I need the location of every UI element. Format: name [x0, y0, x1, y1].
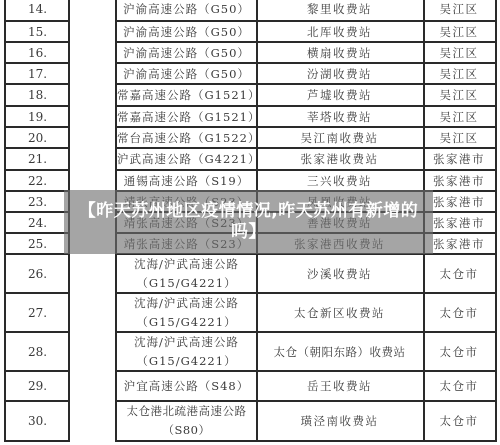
- headline-overlay: 【昨天苏州地区疫情情况,昨天苏州有新增的吗】: [64, 190, 433, 254]
- row-number: 27.: [4, 293, 70, 332]
- district-name: 太仓市: [423, 293, 497, 332]
- row-number: 30.: [4, 401, 70, 441]
- toll-station-name: 北厍收费站: [256, 21, 425, 42]
- highway-name: 常台高速公路（G1522）: [115, 127, 258, 148]
- toll-station-name: 张家港收费站: [256, 148, 425, 170]
- district-name: 吴江区: [423, 42, 497, 63]
- toll-station-name: 岳王收费站: [256, 371, 425, 401]
- district-name: 吴江区: [423, 127, 497, 148]
- row-number: 20.: [4, 127, 70, 148]
- row-number: 28.: [4, 332, 70, 371]
- toll-station-name: 太仓新区收费站: [256, 293, 425, 332]
- highway-name: 沪武高速公路（G4221）: [115, 148, 258, 170]
- table-row: 16. 沪渝高速公路（G50） 横扇收费站 吴江区: [0, 42, 500, 63]
- row-number: 18.: [4, 84, 70, 106]
- highway-name: 太仓港北疏港高速公路 （S80）: [115, 401, 258, 441]
- toll-station-name: 三兴收费站: [256, 170, 425, 191]
- table-row: 21. 沪武高速公路（G4221） 张家港收费站 张家港市: [0, 148, 500, 170]
- highway-name: 沪渝高速公路（G50）: [115, 42, 258, 63]
- headline-title: 【昨天苏州地区疫情情况,昨天苏州有新增的吗】: [68, 201, 429, 243]
- row-number: 22.: [4, 170, 70, 191]
- row-number: 15.: [4, 21, 70, 42]
- table-row: 20. 常台高速公路（G1522） 吴江南收费站 吴江区: [0, 127, 500, 148]
- district-name: 吴江区: [423, 106, 497, 127]
- highway-name-line1: 沈海/沪武高速公路: [134, 333, 239, 352]
- district-name: 张家港市: [423, 233, 497, 254]
- row-number: 26.: [4, 254, 70, 293]
- highway-name-line2: （G15/G4221）: [136, 313, 236, 332]
- district-name: 太仓市: [423, 254, 497, 293]
- highway-name-line1: 太仓港北疏港高速公路: [127, 402, 247, 421]
- highway-name: 常嘉高速公路（G1521）: [115, 84, 258, 106]
- highway-name: 通锡高速公路（S19）: [115, 170, 258, 191]
- toll-station-name: 吴江南收费站: [256, 127, 425, 148]
- row-divider: [4, 440, 70, 442]
- row-number: 23.: [4, 191, 70, 212]
- toll-station-name: 汾湖收费站: [256, 63, 425, 84]
- highway-name-line1: 沈海/沪武高速公路: [134, 294, 239, 313]
- highway-name-line1: 沈海/沪武高速公路: [134, 255, 239, 274]
- district-name: 张家港市: [423, 148, 497, 170]
- row-number: 25.: [4, 233, 70, 254]
- highway-name: 沪渝高速公路（G50）: [115, 21, 258, 42]
- toll-station-name: 黎里收费站: [256, 0, 425, 21]
- table-row: 14. 沪渝高速公路（G50） 黎里收费站 吴江区: [0, 0, 500, 21]
- toll-station-name: 太仓（朝阳东路）收费站: [256, 332, 425, 371]
- district-name: 张家港市: [423, 212, 497, 233]
- table-row: 29. 沪宜高速公路（S48） 岳王收费站 太仓市: [0, 371, 500, 401]
- row-number: 19.: [4, 106, 70, 127]
- toll-station-name: 莘塔收费站: [256, 106, 425, 127]
- toll-station-name: 沙溪收费站: [256, 254, 425, 293]
- row-number: 14.: [4, 0, 70, 21]
- district-name: 张家港市: [423, 170, 497, 191]
- highway-name-line2: （G15/G4221）: [136, 274, 236, 293]
- table-row: 18. 常嘉高速公路（G1521） 芦墟收费站 吴江区: [0, 84, 500, 106]
- district-name: 太仓市: [423, 332, 497, 371]
- table-row: 30. 太仓港北疏港高速公路 （S80） 璜泾南收费站 太仓市: [0, 401, 500, 441]
- toll-station-name: 芦墟收费站: [256, 84, 425, 106]
- row-divider: [115, 440, 497, 442]
- highway-name: 常嘉高速公路（G1521）: [115, 106, 258, 127]
- table-row: 17. 沪渝高速公路（G50） 汾湖收费站 吴江区: [0, 63, 500, 84]
- row-number: 29.: [4, 371, 70, 401]
- highway-name-line2: （S80）: [162, 421, 210, 440]
- district-name: 张家港市: [423, 191, 497, 212]
- highway-name: 沪渝高速公路（G50）: [115, 0, 258, 21]
- table-row: 19. 常嘉高速公路（G1521） 莘塔收费站 吴江区: [0, 106, 500, 127]
- highway-name-line2: （G15/G4221）: [136, 352, 236, 371]
- toll-station-name: 横扇收费站: [256, 42, 425, 63]
- table-row: 22. 通锡高速公路（S19） 三兴收费站 张家港市: [0, 170, 500, 191]
- toll-station-name: 璜泾南收费站: [256, 401, 425, 441]
- highway-name: 沈海/沪武高速公路 （G15/G4221）: [115, 254, 258, 293]
- table-row: 28. 沈海/沪武高速公路 （G15/G4221） 太仓（朝阳东路）收费站 太仓…: [0, 332, 500, 371]
- table-row: 27. 沈海/沪武高速公路 （G15/G4221） 太仓新区收费站 太仓市: [0, 293, 500, 332]
- district-name: 太仓市: [423, 401, 497, 441]
- row-number: 21.: [4, 148, 70, 170]
- row-number: 16.: [4, 42, 70, 63]
- table-row: 15. 沪渝高速公路（G50） 北厍收费站 吴江区: [0, 21, 500, 42]
- district-name: 太仓市: [423, 371, 497, 401]
- district-name: 吴江区: [423, 21, 497, 42]
- table-row: 26. 沈海/沪武高速公路 （G15/G4221） 沙溪收费站 太仓市: [0, 254, 500, 293]
- highway-name: 沈海/沪武高速公路 （G15/G4221）: [115, 332, 258, 371]
- district-name: 吴江区: [423, 84, 497, 106]
- row-number: 24.: [4, 212, 70, 233]
- highway-name: 沪宜高速公路（S48）: [115, 371, 258, 401]
- district-name: 吴江区: [423, 0, 497, 21]
- row-number: 17.: [4, 63, 70, 84]
- highway-name: 沪渝高速公路（G50）: [115, 63, 258, 84]
- highway-name: 沈海/沪武高速公路 （G15/G4221）: [115, 293, 258, 332]
- district-name: 吴江区: [423, 63, 497, 84]
